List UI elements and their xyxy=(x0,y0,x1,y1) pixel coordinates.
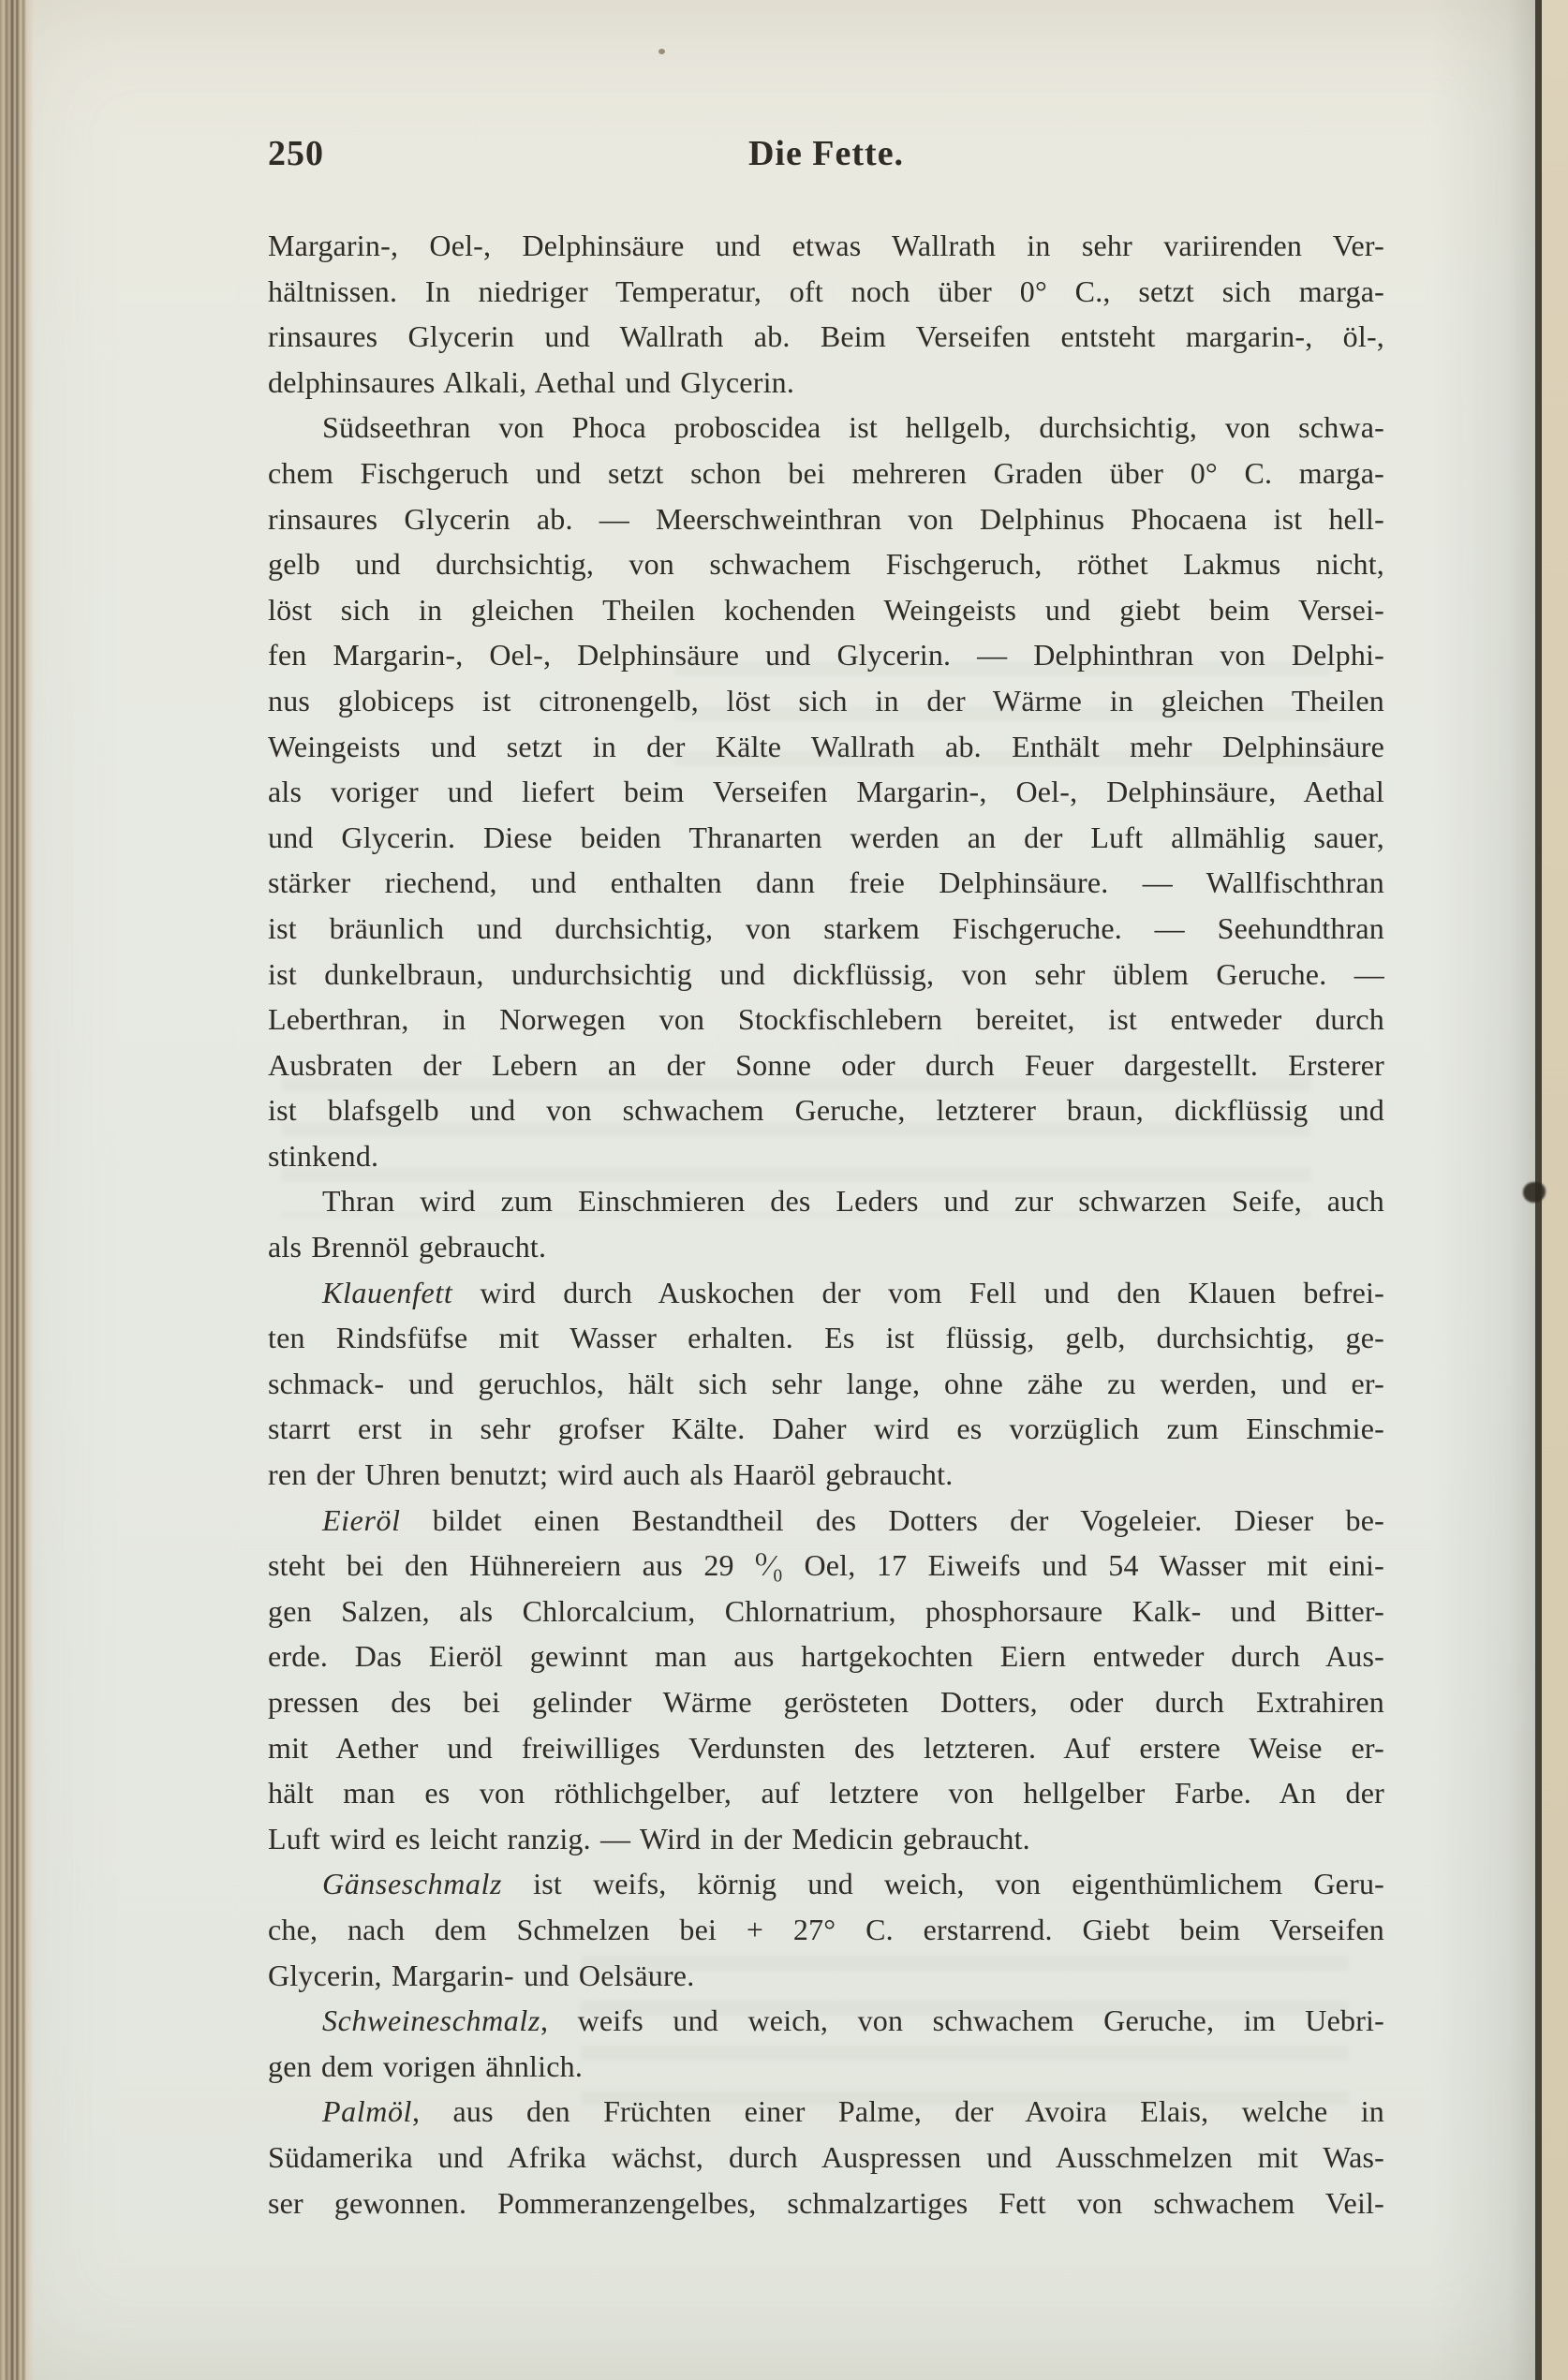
text-line: ist dunkelbraun, undurchsichtig und dick… xyxy=(268,952,1384,998)
text-line: Palmöl, aus den Früchten einer Palme, de… xyxy=(268,2089,1384,2135)
text-line: Thran wird zum Einschmieren des Leders u… xyxy=(268,1178,1384,1224)
text-line: Klauenfett wird durch Auskochen der vom … xyxy=(268,1270,1384,1316)
text-line: rinsaures Glycerin und Wallrath ab. Beim… xyxy=(268,314,1384,360)
text-line: ren der Uhren benutzt; wird auch als Haa… xyxy=(268,1452,1384,1498)
text-line: Luft wird es leicht ranzig. — Wird in de… xyxy=(268,1816,1384,1862)
term-italic: Klauenfett xyxy=(322,1276,452,1309)
text-line: als Brennöl gebraucht. xyxy=(268,1224,1384,1270)
book-binding-edge xyxy=(0,0,34,2380)
text-line: gen dem vorigen ähnlich. xyxy=(268,2044,1384,2090)
text-line: steht bei den Hühnereiern aus 29 ⁰⁄₀ Oel… xyxy=(268,1543,1384,1589)
text-line: Eieröl bildet einen Bestandtheil des Dot… xyxy=(268,1498,1384,1544)
text-line: Gänseschmalz ist weifs, körnig und weich… xyxy=(268,1861,1384,1907)
text-line: fen Margarin-, Oel-, Delphinsäure und Gl… xyxy=(268,632,1384,678)
text-line: Margarin-, Oel-, Delphinsäure und etwas … xyxy=(268,223,1384,269)
text-line: gelb und durchsichtig, von schwachem Fis… xyxy=(268,541,1384,587)
text-line: Schweineschmalz, weifs und weich, von sc… xyxy=(268,1998,1384,2044)
text-line: delphinsaures Alkali, Aethal und Glyceri… xyxy=(268,360,1384,406)
text-line: Leberthran, in Norwegen von Stockfischle… xyxy=(268,997,1384,1042)
text-line: erde. Das Eieröl gewinnt man aus hartgek… xyxy=(268,1633,1384,1679)
text-line: ist blafsgelb und von schwachem Geruche,… xyxy=(268,1087,1384,1133)
text-line: löst sich in gleichen Theilen kochenden … xyxy=(268,587,1384,633)
text-line: chem Fischgeruch und setzt schon bei meh… xyxy=(268,451,1384,496)
scanned-book-page: { "page": { "number": "250", "header_tit… xyxy=(0,0,1568,2380)
page-header: 250 Die Fette. xyxy=(268,133,1384,176)
term-italic: Gänseschmalz xyxy=(322,1867,502,1900)
text-line: stärker riechend, und enthalten dann fre… xyxy=(268,860,1384,906)
text-line: gen Salzen, als Chlorcalcium, Chlornatri… xyxy=(268,1589,1384,1634)
text-line: Südamerika und Afrika wächst, durch Ausp… xyxy=(268,2135,1384,2180)
text-line: rinsaures Glycerin ab. — Meerschweinthra… xyxy=(268,496,1384,542)
text-line: Südseethran von Phoca proboscidea ist he… xyxy=(268,405,1384,451)
text-line: Glycerin, Margarin- und Oelsäure. xyxy=(268,1953,1384,1999)
text-line: ten Rindsfüfse mit Wasser erhalten. Es i… xyxy=(268,1315,1384,1361)
text-line: pressen des bei gelinder Wärme geröstete… xyxy=(268,1679,1384,1725)
paper-speck xyxy=(658,49,665,54)
text-line: schmack- und geruchlos, hält sich sehr l… xyxy=(268,1361,1384,1407)
running-title: Die Fette. xyxy=(268,133,1384,174)
text-line: mit Aether und freiwilliges Verdunsten d… xyxy=(268,1725,1384,1771)
page-content: 250 Die Fette. Margarin-, Oel-, Delphins… xyxy=(268,133,1384,2225)
text-line: Weingeists und setzt in der Kälte Wallra… xyxy=(268,724,1384,770)
text-line: als voriger und liefert beim Verseifen M… xyxy=(268,769,1384,815)
text-line: che, nach dem Schmelzen bei + 27° C. ers… xyxy=(268,1907,1384,1953)
body-text: Margarin-, Oel-, Delphinsäure und etwas … xyxy=(268,223,1384,2225)
text-line: nus globiceps ist citronengelb, löst sic… xyxy=(268,678,1384,724)
text-line: ist bräunlich und durchsichtig, von star… xyxy=(268,906,1384,952)
text-line: starrt erst in sehr grofser Kälte. Daher… xyxy=(268,1406,1384,1452)
text-line: Ausbraten der Lebern an der Sonne oder d… xyxy=(268,1042,1384,1088)
text-line: hältnissen. In niedriger Temperatur, oft… xyxy=(268,269,1384,315)
text-line: und Glycerin. Diese beiden Thranarten we… xyxy=(268,815,1384,861)
term-italic: Schweineschmalz xyxy=(322,2003,540,2037)
text-line: stinkend. xyxy=(268,1133,1384,1179)
text-line: hält man es von röthlichgelber, auf letz… xyxy=(268,1770,1384,1816)
term-italic: Eieröl xyxy=(322,1503,401,1537)
term-italic: Palmöl xyxy=(322,2094,412,2128)
text-line: ser gewonnen. Pommeranzengelbes, schmalz… xyxy=(268,2180,1384,2226)
